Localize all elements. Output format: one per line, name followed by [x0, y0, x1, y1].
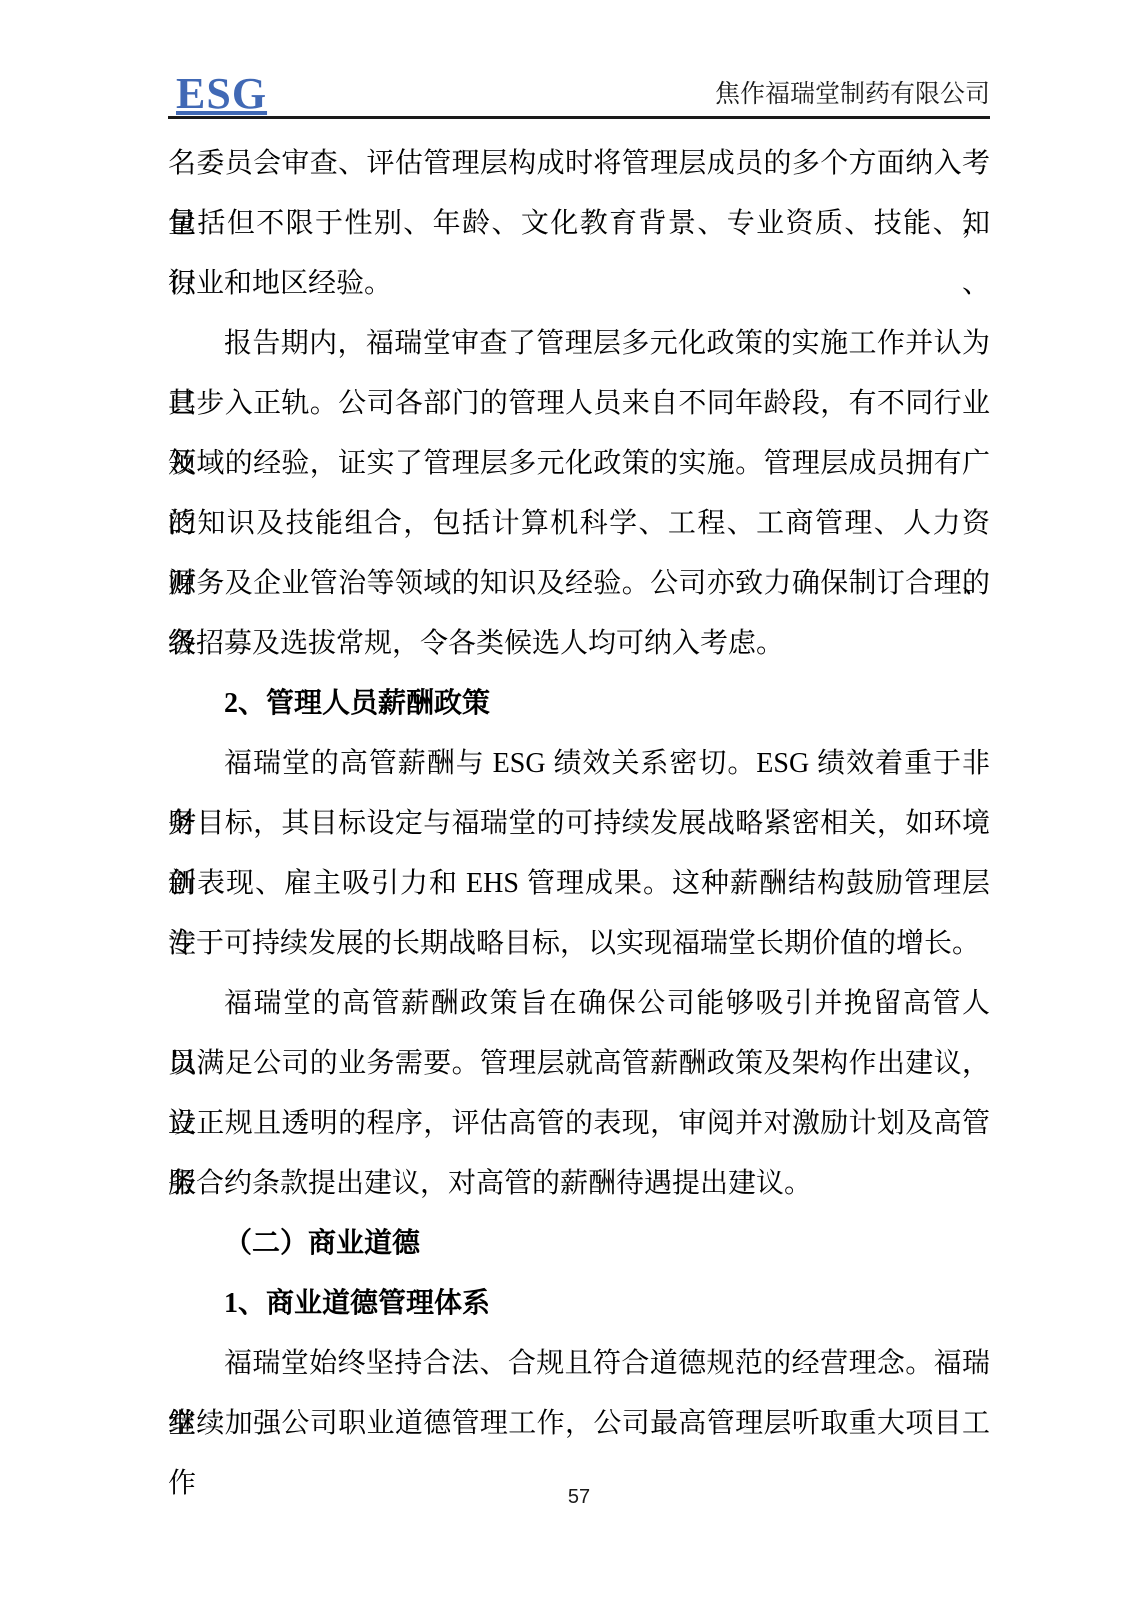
subsection-heading-ethics-system: 1、商业道德管理体系	[168, 1274, 990, 1334]
paragraph-line: 福瑞堂的高管薪酬政策旨在确保公司能够吸引并挽留高管人员，	[168, 974, 990, 1034]
paragraph-line: 已步入正轨。公司各部门的管理人员来自不同年龄段，有不同行业及	[168, 374, 990, 434]
paragraph-line: 福瑞堂的高管薪酬与 ESG 绩效关系密切。ESG 绩效着重于非财	[168, 734, 990, 794]
paragraph-line: 务目标，其目标设定与福瑞堂的可持续发展战略紧密相关，如环境创	[168, 794, 990, 854]
paragraph-line: 的知识及技能组合，包括计算机科学、工程、工商管理、人力资源、	[168, 494, 990, 554]
paragraph-line: 务合约条款提出建议，对高管的薪酬待遇提出建议。	[168, 1154, 990, 1214]
paragraph-line: 福瑞堂始终坚持合法、合规且符合道德规范的经营理念。福瑞堂	[168, 1334, 990, 1394]
paragraph-line: 注于可持续发展的长期战略目标，以实现福瑞堂长期价值的增长。	[168, 914, 990, 974]
paragraph-line: 报告期内，福瑞堂审查了管理层多元化政策的实施工作并认为其	[168, 314, 990, 374]
paragraph-line: 新表现、雇主吸引力和 EHS 管理成果。这种薪酬结构鼓励管理层专	[168, 854, 990, 914]
section-heading-salary-policy: 2、管理人员薪酬政策	[168, 674, 990, 734]
paragraph-line: 包括但不限于性别、年龄、文化教育背景、专业资质、技能、知识、	[168, 194, 990, 254]
paragraph-line: 名委员会审查、评估管理层构成时将管理层成员的多个方面纳入考量，	[168, 134, 990, 194]
section-heading-business-ethics: （二）商业道德	[168, 1214, 990, 1274]
header-divider	[168, 116, 990, 119]
paragraph-line: 立正规且透明的程序，评估高管的表现，审阅并对激励计划及高管服	[168, 1094, 990, 1154]
report-page: ESG 焦作福瑞堂制药有限公司 名委员会审查、评估管理层构成时将管理层成员的多个…	[0, 0, 1130, 1600]
paragraph-line: 以满足公司的业务需要。管理层就高管薪酬政策及架构作出建议，设	[168, 1034, 990, 1094]
paragraph-line: 领域的经验，证实了管理层多元化政策的实施。管理层成员拥有广泛	[168, 434, 990, 494]
page-number: 57	[168, 1486, 990, 1509]
document-body: 名委员会审查、评估管理层构成时将管理层成员的多个方面纳入考量， 包括但不限于性别…	[168, 134, 990, 1454]
paragraph-line: 继续加强公司职业道德管理工作，公司最高管理层听取重大项目工作	[168, 1394, 990, 1454]
paragraph-line: 财务及企业管治等领域的知识及经验。公司亦致力确保制订合理的各	[168, 554, 990, 614]
paragraph-line: 级招募及选拔常规，令各类候选人均可纳入考虑。	[168, 614, 990, 674]
esg-logo: ESG	[176, 72, 267, 116]
header-company-name: 焦作福瑞堂制药有限公司	[715, 80, 990, 110]
